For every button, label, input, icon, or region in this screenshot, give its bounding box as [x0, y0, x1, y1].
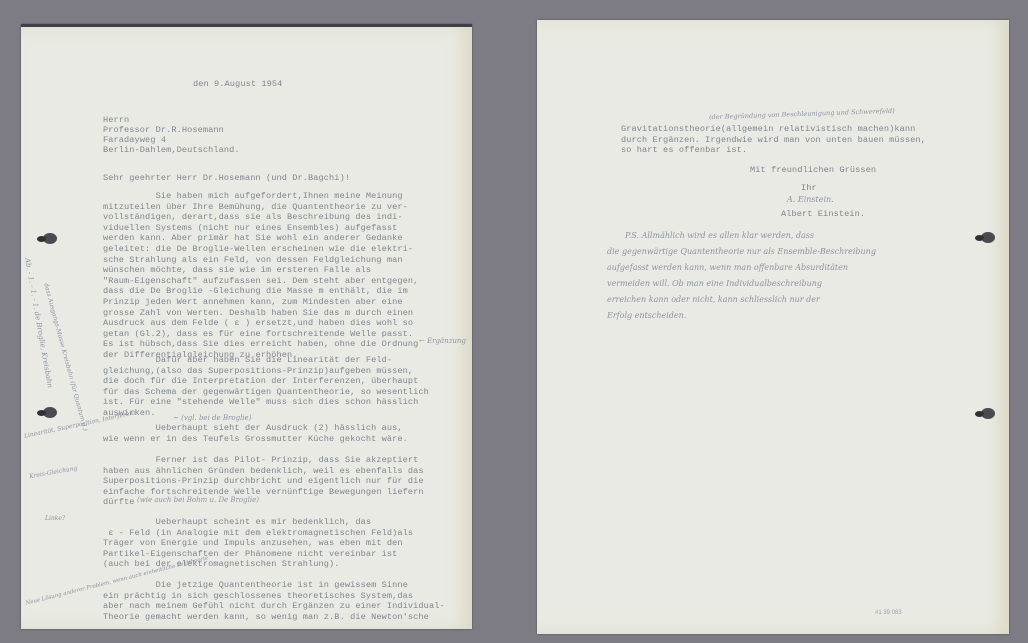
recipient-line-1: Herrn: [103, 115, 129, 126]
paragraph-3: Ueberhaupt sieht der Ausdruck (2) hässli…: [103, 423, 408, 444]
archive-number: #1 39 083: [875, 610, 902, 616]
closing-ihr: Ihr: [801, 183, 817, 194]
punch-hole-bottom: [981, 408, 995, 419]
postscript-line-3: aufgefasst werden kann, wenn man offenba…: [607, 262, 848, 274]
recipient-line-2: Professor Dr.R.Hosemann: [103, 125, 224, 136]
handwritten-margin-right: ← Ergänzung: [419, 335, 466, 347]
handwritten-insert-bohm: (wie auch bei Bohm u. De Broglie): [137, 494, 259, 506]
handwritten-insert-top: (der Begründung von Beschleunigung und S…: [709, 105, 895, 123]
punch-hole-top: [43, 233, 57, 244]
margin-note-5: Linke?: [45, 513, 65, 525]
letter-page-1: den 9.August 1954 Herrn Professor Dr.R.H…: [21, 24, 472, 629]
postscript-line-6: Erfolg entscheiden.: [607, 310, 686, 322]
postscript-line-5: erreichen kann oder nicht, kann schliess…: [607, 294, 820, 306]
paragraph-closing: Gravitationstheorie(allgemein relativist…: [621, 124, 926, 156]
postscript-line-2: die gegenwärtige Quantentheorie nur als …: [607, 246, 876, 258]
letter-date: den 9.August 1954: [193, 79, 282, 90]
recipient-line-4: Berlin-Dahlem,Deutschland.: [103, 145, 240, 156]
margin-note-4: Kreis-Gleichung: [28, 463, 78, 483]
paragraph-1: Sie haben mich aufgefordert,Ihnen meine …: [103, 191, 418, 361]
paragraph-6: Die jetzige Quantentheorie ist in gewiss…: [103, 580, 445, 622]
recipient-line-3: Faradayweg 4: [103, 135, 166, 146]
closing-greeting: Mit freundlichen Grüssen: [750, 165, 876, 176]
postscript-line-4: vermeiden will. Ob man eine Individualbe…: [607, 278, 822, 290]
paragraph-2: Dafür aber haben Sie die Linearität der …: [103, 355, 429, 419]
punch-hole-bottom: [43, 407, 57, 418]
punch-hole-top: [981, 232, 995, 243]
letter-page-2: (der Begründung von Beschleunigung und S…: [537, 20, 1009, 634]
signature-typed: Albert Einstein.: [781, 209, 865, 220]
signature-handwritten: A. Einstein.: [787, 194, 834, 206]
salutation: Sehr geehrter Herr Dr.Hosemann (und Dr.B…: [103, 173, 350, 184]
paragraph-5: Ueberhaupt scheint es mir bedenklich, da…: [103, 517, 413, 570]
handwritten-insert-broglie: ~ (vgl. bei de Broglie): [173, 412, 251, 424]
postscript-line-1: P.S. Allmählich wird es allen klar werde…: [625, 230, 814, 242]
